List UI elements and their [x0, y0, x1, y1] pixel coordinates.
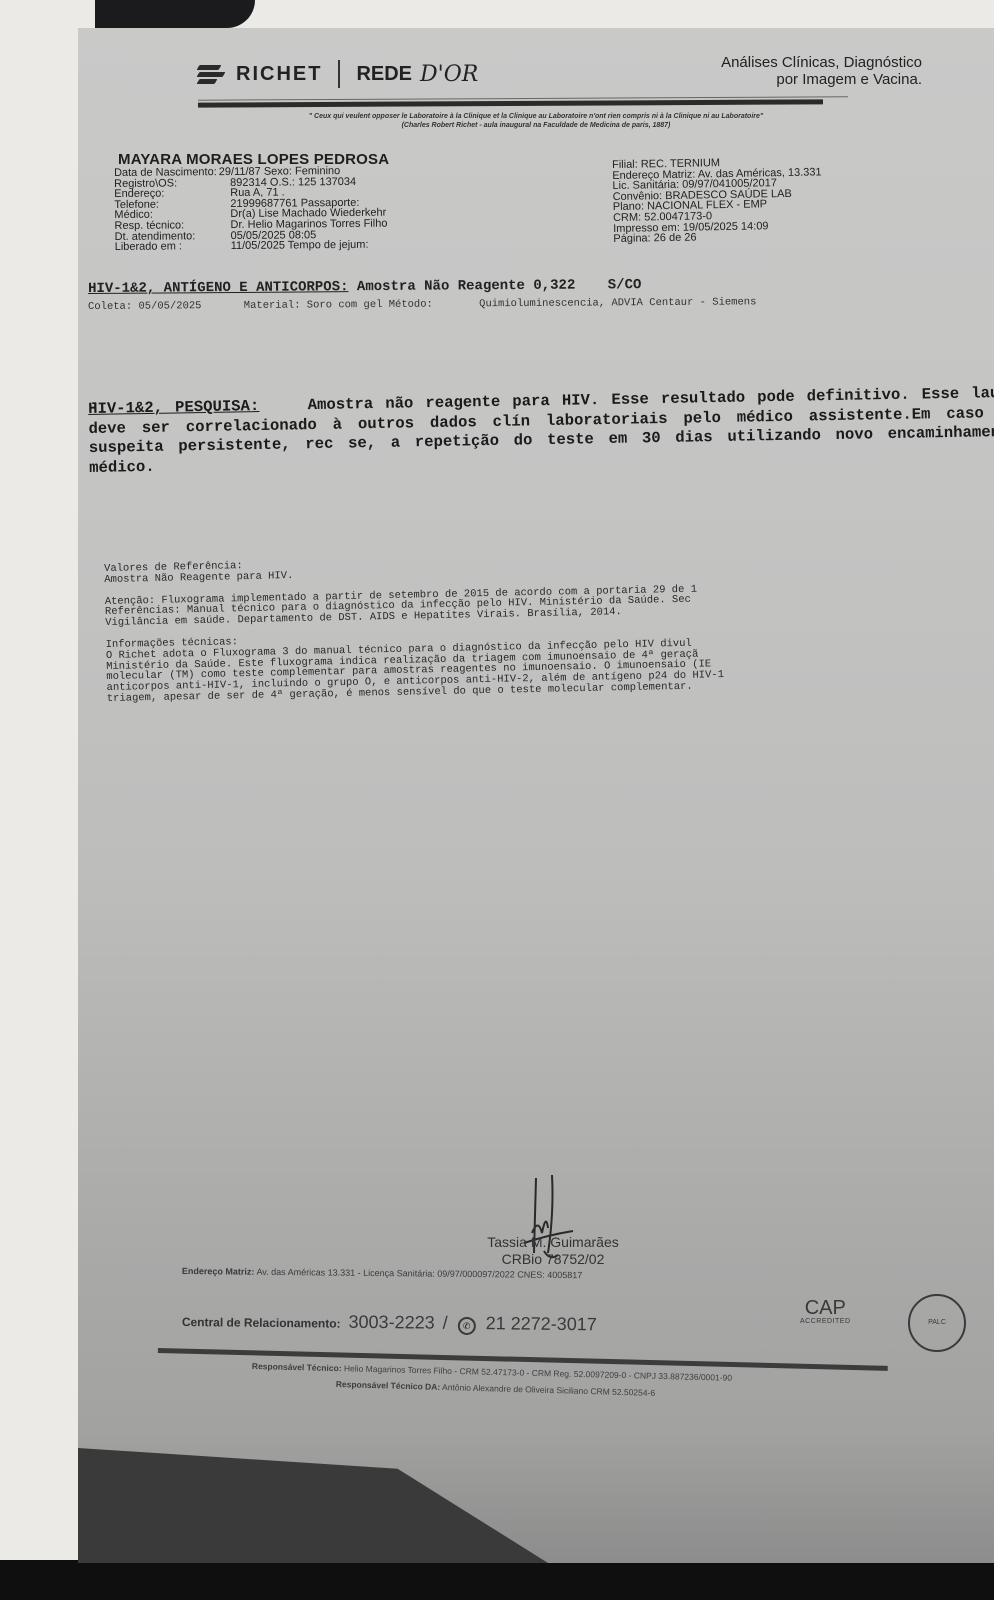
exam-hiv-antigen-value: Amostra Não Reagente 0,322 [357, 278, 576, 296]
resp2-label: Responsável Técnico DA: [336, 1379, 441, 1392]
coleta-date: 05/05/2025 [138, 300, 201, 312]
exam-hiv-antigen-result: HIV-1&2, ANTÍGENO E ANTICORPOS: Amostra … [88, 277, 641, 297]
footer-contact-center: Central de Relacionamento: 3003-2223 / ✆… [182, 1310, 597, 1336]
resp2-text: Antônio Alexandre de Oliveira Siciliano … [442, 1382, 655, 1398]
contact-phone-main: 3003-2223 [348, 1312, 434, 1334]
exam-hiv-pesquisa-title: HIV-1&2, PESQUISA: [88, 397, 259, 418]
patient-field-value: 11/05/2025 Tempo de jejum: [231, 240, 369, 252]
cap-subtitle: ACCREDITED [800, 1318, 851, 1325]
palc-seal-icon: PALC [908, 1294, 966, 1352]
contact-center-label: Central de Relacionamento: [182, 1315, 341, 1331]
header-rule [198, 99, 823, 107]
exam-hiv-antigen-meta: Coleta: 05/05/2025 Material: Soro com ge… [88, 296, 756, 313]
quote-line2: (Charles Robert Richet - aula inaugural … [78, 121, 994, 130]
signatory-name: Tassia M. Guimarães [458, 1234, 648, 1251]
logo-brand: RICHET [236, 63, 322, 86]
tagline-line1: Análises Clínicas, Diagnóstico [721, 54, 922, 71]
signatory: Tassia M. Guimarães CRBio 78752/02 [458, 1234, 648, 1268]
patient-field-label: Liberado em : [115, 241, 231, 253]
quote-line1: " Ceux qui veulent opposer le Laboratoir… [78, 112, 994, 121]
reference-values-and-notes: Valores de Referência:Amostra Não Reagen… [104, 546, 987, 705]
richet-logo-icon [198, 63, 228, 85]
exam-hiv-antigen-title: HIV-1&2, ANTÍGENO E ANTICORPOS: [88, 279, 349, 297]
whatsapp-icon: ✆ [458, 1317, 476, 1335]
footer-address-text: Av. das Américas 13.331 - Licença Sanitá… [256, 1267, 582, 1280]
logo-divider [338, 60, 340, 88]
underlying-page-edge [95, 0, 255, 28]
patient-field: Liberado em :11/05/2025 Tempo de jejum: [115, 240, 388, 253]
logo-network-suffix: D'OR [420, 62, 478, 87]
coleta-label: Coleta: [88, 301, 132, 313]
tagline-line2: por Imagem e Vacina. [721, 71, 922, 88]
exam-hiv-antigen-unit: S/CO [608, 277, 642, 293]
contact-phone-separator: / [443, 1313, 448, 1334]
header-tagline: Análises Clínicas, Diagnóstico por Image… [721, 54, 922, 88]
footer-responsible-technical-da: Responsável Técnico DA: Antônio Alexandr… [336, 1379, 656, 1398]
lab-info: Filial: REC. TERNIUMEndereço Matriz: Av.… [612, 156, 823, 244]
contact-phone-whatsapp: 21 2272-3017 [486, 1313, 597, 1335]
richet-rededor-logo: RICHET REDE D'OR [198, 60, 478, 88]
method-value: Quimioluminescencia, ADVIA Centaur - Sie… [479, 296, 756, 310]
resp1-label: Responsável Técnico: [252, 1361, 342, 1373]
resp1-text: Helio Magarinos Torres Filho - CRM 52.47… [344, 1363, 732, 1382]
material-method-label: Material: Soro com gel Método: [244, 299, 433, 312]
signatory-registry: CRBio 78752/02 [458, 1251, 648, 1268]
patient-info: Data de Nascimento:29/11/87 Sexo: Femini… [114, 166, 388, 253]
richet-quote: " Ceux qui veulent opposer le Laboratoir… [78, 112, 994, 130]
footer-address: Endereço Matriz: Av. das Américas 13.331… [182, 1266, 583, 1280]
cap-accredited-logo: CAP ACCREDITED [800, 1298, 851, 1325]
footer-address-label: Endereço Matriz: [182, 1266, 255, 1277]
exam-hiv-pesquisa: HIV-1&2, PESQUISA: Amostra não reagente … [88, 384, 994, 478]
cap-title: CAP [800, 1298, 851, 1318]
lab-report-sheet: RICHET REDE D'OR Análises Clínicas, Diag… [78, 28, 994, 1563]
logo-network-prefix: REDE [356, 63, 412, 86]
